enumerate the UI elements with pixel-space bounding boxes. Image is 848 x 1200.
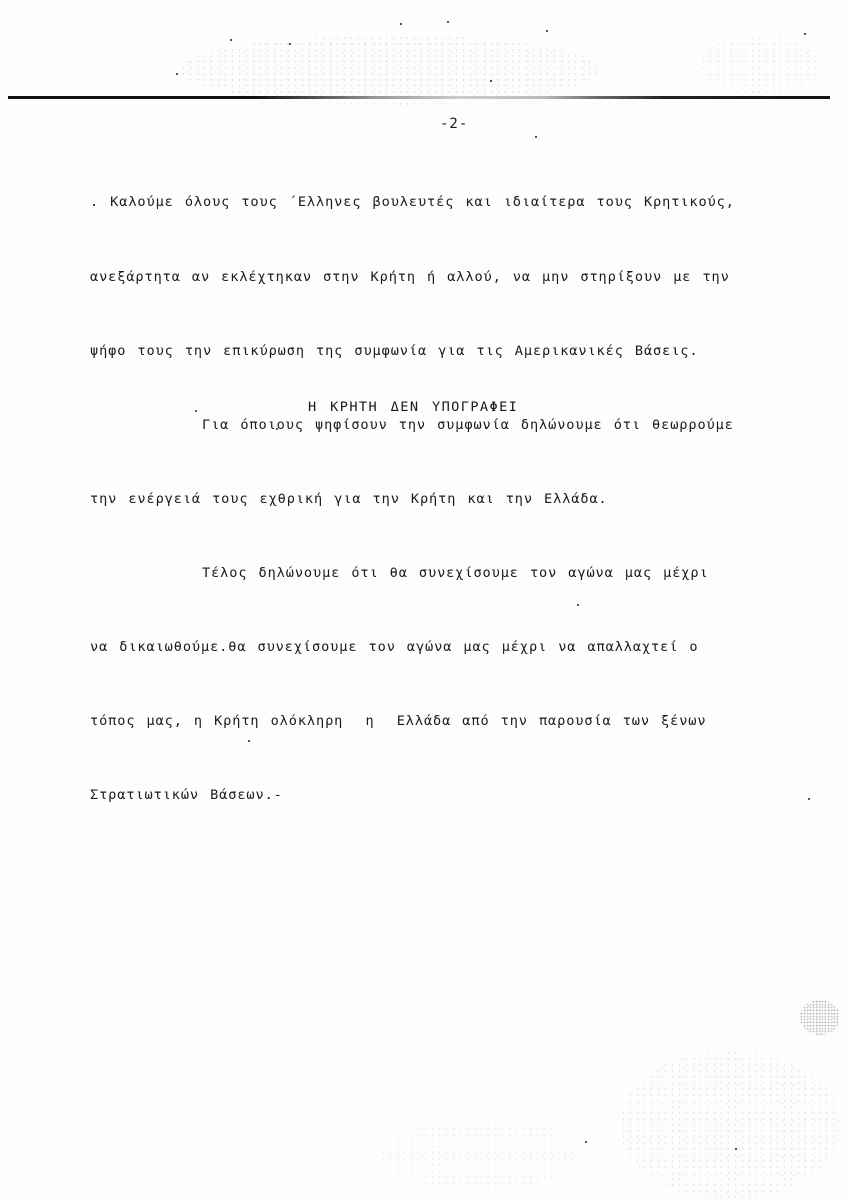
- scan-noise: [380, 1120, 580, 1190]
- closing-statement: Η ΚΡΗΤΗ ΔΕΝ ΥΠΟΓΡΑΦΕΙ: [308, 399, 518, 415]
- scan-noise: [800, 1000, 840, 1035]
- scan-speck: [289, 43, 291, 45]
- body-line: ψήφο τους την επικύρωση της συμφωνία για…: [90, 339, 830, 364]
- scan-speck: [585, 1141, 587, 1143]
- scan-speck: [447, 21, 449, 23]
- scan-speck: [735, 1148, 737, 1150]
- scan-speck: [400, 23, 402, 25]
- body-line: . Καλούμε όλους τους ΄Ελληνες βουλευτές …: [90, 190, 830, 215]
- scan-speck: [535, 136, 537, 138]
- scan-speck: [804, 33, 806, 35]
- scan-speck: [176, 73, 178, 75]
- body-text: . Καλούμε όλους τους ΄Ελληνες βουλευτές …: [90, 141, 830, 857]
- body-line: Στρατιωτικών Βάσεων.-: [90, 783, 830, 808]
- scanned-page: -2- . Καλούμε όλους τους ΄Ελληνες βουλευ…: [0, 0, 848, 1200]
- scan-speck: [230, 39, 232, 41]
- body-line: Για όποιους ψηφίσουν την συμφωνία δηλώνο…: [90, 413, 830, 438]
- scan-noise: [180, 35, 600, 105]
- scan-noise: [620, 1050, 840, 1200]
- page-number: -2-: [440, 116, 468, 132]
- body-line: την ενέργειά τους εχθρική για την Κρήτη …: [90, 487, 830, 512]
- scan-speck: [546, 30, 548, 32]
- header-rule: [8, 96, 830, 99]
- scan-noise: [700, 35, 820, 95]
- body-line: να δικαιωθούμε.θα συνεχίσουμε τον αγώνα …: [90, 635, 830, 660]
- body-line: τόπος μας, η Κρήτη ολόκληρη η Ελλάδα από…: [90, 709, 830, 734]
- scan-speck: [490, 80, 492, 82]
- body-line: Τέλος δηλώνουμε ότι θα συνεχίσουμε τον α…: [90, 561, 830, 586]
- body-line: ανεξάρτητα αν εκλέχτηκαν στην Κρήτη ή αλ…: [90, 265, 830, 290]
